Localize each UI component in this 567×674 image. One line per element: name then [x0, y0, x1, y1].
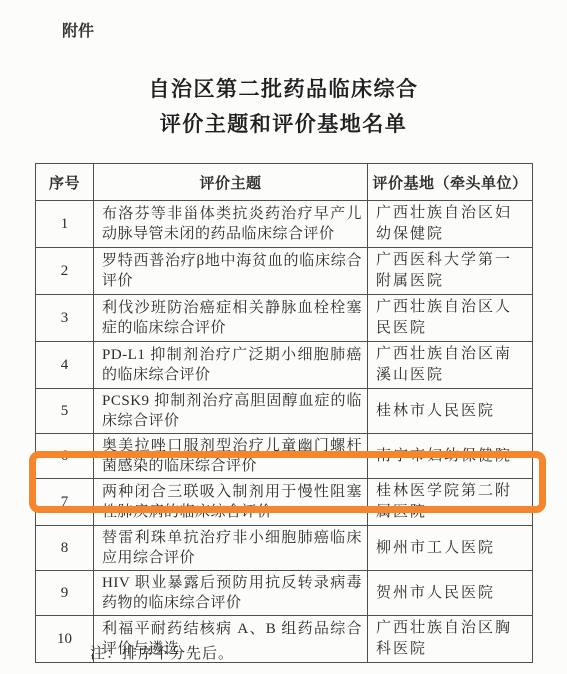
row-base: 桂林市人民医院 [368, 389, 533, 434]
attachment-label: 附件 [62, 18, 94, 41]
row-topic: 布洛芬等非甾体类抗炎药治疗早产儿动脉导管未闭的药品临床综合评价 [94, 201, 368, 248]
row-base: 广西壮族自治区人民医院 [368, 295, 533, 342]
row-base: 柳州市工人医院 [368, 526, 533, 571]
row-index: 5 [36, 389, 94, 434]
row-base: 广西壮族自治区南溪山医院 [368, 342, 533, 389]
table-row: 1 布洛芬等非甾体类抗炎药治疗早产儿动脉导管未闭的药品临床综合评价 广西壮族自治… [36, 201, 533, 248]
evaluation-table: 序号 评价主题 评价基地（牵头单位） 1 布洛芬等非甾体类抗炎药治疗早产儿动脉导… [35, 163, 533, 663]
row-index: 8 [36, 526, 94, 571]
header-base: 评价基地（牵头单位） [368, 164, 533, 201]
row-base: 广西壮族自治区妇幼保健院 [368, 201, 533, 248]
document-page: 附件 自治区第二批药品临床综合 评价主题和评价基地名单 序号 评价主题 评价基地… [0, 0, 567, 674]
row-topic: PD-L1 抑制剂治疗广泛期小细胞肺癌的临床综合评价 [94, 342, 368, 389]
document-title: 自治区第二批药品临床综合 评价主题和评价基地名单 [0, 72, 567, 142]
title-line-1: 自治区第二批药品临床综合 [0, 72, 567, 107]
table-row: 9 HIV 职业暴露后预防用抗反转录病毒药物的临床综合评价 贺州市人民医院 [36, 571, 533, 616]
row-base: 南宁市妇幼保健院 [368, 434, 533, 479]
row-topic: 替雷利珠单抗治疗非小细胞肺癌临床应用综合评价 [94, 526, 368, 571]
table-body: 1 布洛芬等非甾体类抗炎药治疗早产儿动脉导管未闭的药品临床综合评价 广西壮族自治… [36, 201, 533, 663]
row-index: 3 [36, 295, 94, 342]
header-topic: 评价主题 [94, 164, 368, 201]
row-base: 广西医科大学第一附属医院 [368, 248, 533, 295]
row-base: 广西壮族自治区胸科医院 [368, 616, 533, 663]
row-topic: 利伐沙班防治癌症相关静脉血栓栓塞症的临床综合评价 [94, 295, 368, 342]
row-topic: PCSK9 抑制剂治疗高胆固醇血症的临床综合评价 [94, 389, 368, 434]
row-base: 桂林医学院第二附属医院 [368, 479, 533, 526]
row-base: 贺州市人民医院 [368, 571, 533, 616]
row-topic: 罗特西普治疗β地中海贫血的临床综合评价 [94, 248, 368, 295]
row-index: 4 [36, 342, 94, 389]
row-topic: HIV 职业暴露后预防用抗反转录病毒药物的临床综合评价 [94, 571, 368, 616]
row-topic: 两种闭合三联吸入制剂用于慢性阻塞性肺疾病的临床综合评价 [94, 479, 368, 526]
row-index: 1 [36, 201, 94, 248]
table-row: 5 PCSK9 抑制剂治疗高胆固醇血症的临床综合评价 桂林市人民医院 [36, 389, 533, 434]
row-index: 9 [36, 571, 94, 616]
header-index: 序号 [36, 164, 94, 201]
row-index: 2 [36, 248, 94, 295]
table-row: 8 替雷利珠单抗治疗非小细胞肺癌临床应用综合评价 柳州市工人医院 [36, 526, 533, 571]
footnote: 注：排序不分先后。 [90, 642, 234, 663]
row-index: 6 [36, 434, 94, 479]
header-row: 序号 评价主题 评价基地（牵头单位） [36, 164, 533, 201]
table-row: 6 奥美拉唑口服剂型治疗儿童幽门螺杆菌感染的临床综合评价 南宁市妇幼保健院 [36, 434, 533, 479]
table-row-highlighted: 7 两种闭合三联吸入制剂用于慢性阻塞性肺疾病的临床综合评价 桂林医学院第二附属医… [36, 479, 533, 526]
table-header: 序号 评价主题 评价基地（牵头单位） [36, 164, 533, 201]
table-row: 4 PD-L1 抑制剂治疗广泛期小细胞肺癌的临床综合评价 广西壮族自治区南溪山医… [36, 342, 533, 389]
row-index: 10 [36, 616, 94, 663]
title-line-2: 评价主题和评价基地名单 [0, 107, 567, 142]
table-row: 3 利伐沙班防治癌症相关静脉血栓栓塞症的临床综合评价 广西壮族自治区人民医院 [36, 295, 533, 342]
row-topic: 奥美拉唑口服剂型治疗儿童幽门螺杆菌感染的临床综合评价 [94, 434, 368, 479]
table-row: 2 罗特西普治疗β地中海贫血的临床综合评价 广西医科大学第一附属医院 [36, 248, 533, 295]
row-index: 7 [36, 479, 94, 526]
